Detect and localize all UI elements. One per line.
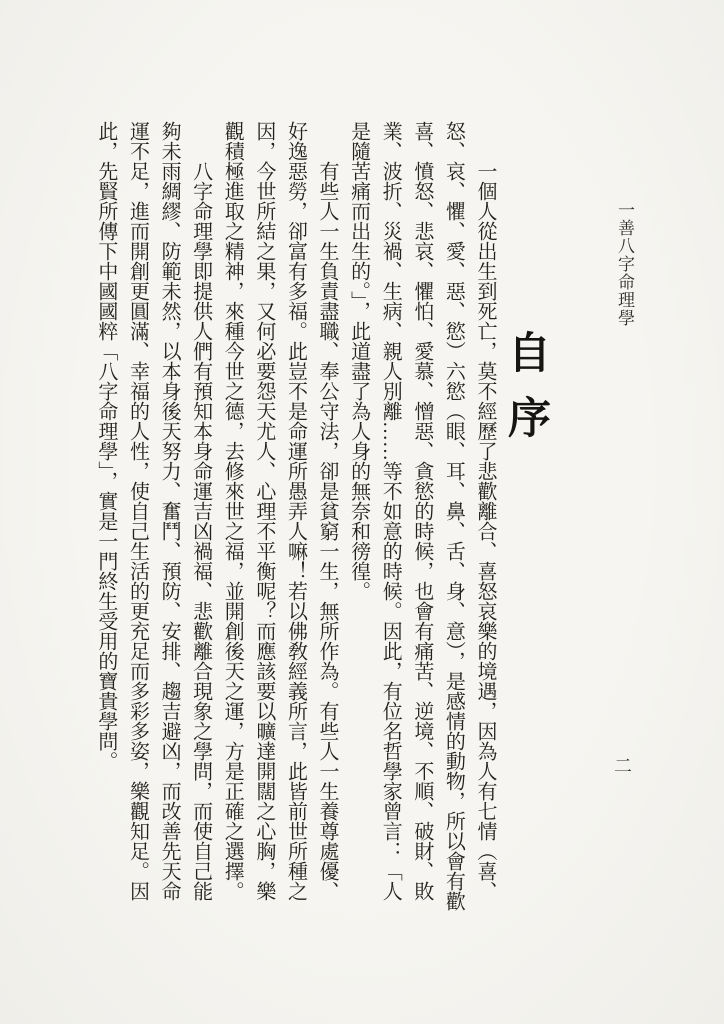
paragraph: 一個人從出生到死亡，莫不經歷了悲歡離合、喜怒哀樂的境遇，因為人有七情（喜、怒、哀… [342, 121, 500, 919]
book-page: 一善八字命理學 二 自序 一個人從出生到死亡，莫不經歷了悲歡離合、喜怒哀樂的境遇… [0, 0, 724, 1024]
paragraph: 有些人一生負責盡職、奉公守法，卻是貧窮一生，無所作為。有些人一生養尊處優、好逸惡… [216, 121, 342, 919]
paragraph: 八字命理學即提供人們有預知本身命運吉凶禍福、悲歡離合現象之學問，而使自己能夠未雨… [89, 121, 215, 919]
section-title: 自序 [495, 330, 556, 460]
body-text-block: 一個人從出生到死亡，莫不經歷了悲歡離合、喜怒哀樂的境遇，因為人有七情（喜、怒、哀… [89, 121, 500, 919]
page-number: 二 [609, 756, 635, 774]
running-header-book-title: 一善八字命理學 [612, 201, 637, 327]
